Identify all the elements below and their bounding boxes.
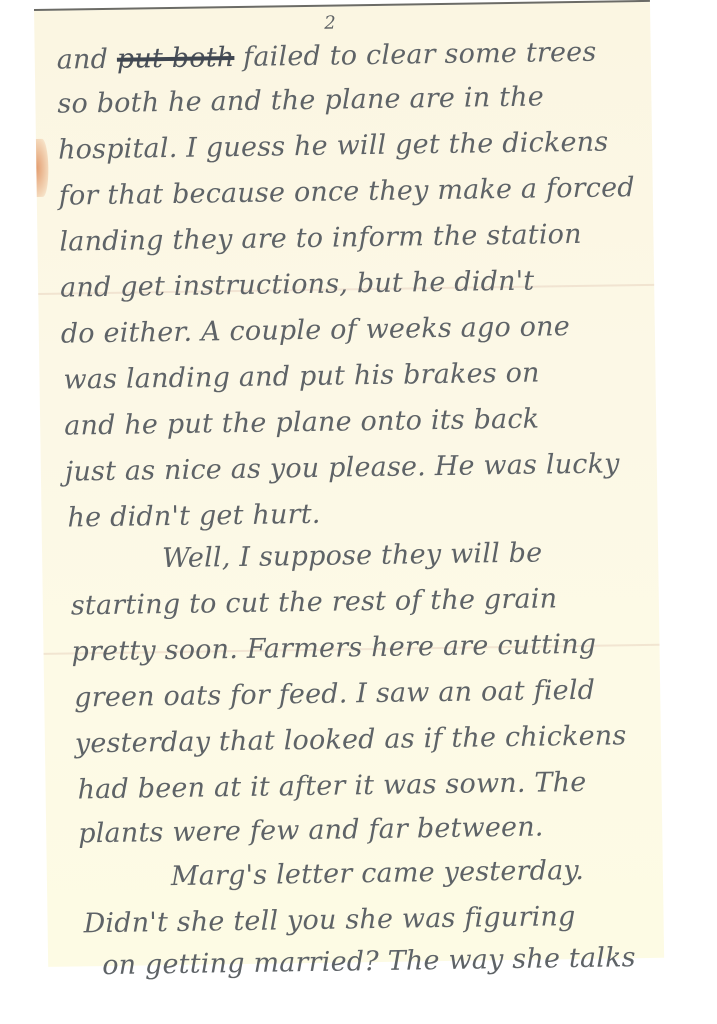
- letter-body: and put both failed to clear some trees …: [35, 36, 651, 45]
- letter-line: so both he and the plane are in the: [57, 81, 544, 120]
- rust-stain: [36, 139, 49, 197]
- letter-line-paragraph-start: Well, I suppose they will be: [162, 538, 543, 576]
- letter-line: and put both failed to clear some trees: [57, 37, 597, 77]
- struck-out-text: put both: [117, 42, 235, 75]
- letter-line: he didn't get hurt.: [67, 499, 320, 535]
- letter-line: do either. A couple of weeks ago one: [61, 311, 571, 351]
- letter-line: starting to cut the rest of the grain: [71, 583, 558, 622]
- letter-line: green oats for feed. I saw an oat field: [74, 675, 595, 715]
- letter-line: plants were few and far between.: [78, 812, 544, 851]
- letter-line: hospital. I guess he will get the dicken…: [58, 126, 609, 166]
- letter-line: landing they are to inform the station: [59, 219, 582, 259]
- page-number: 2: [324, 13, 336, 34]
- letter-line: Didn't she tell you she was figuring: [83, 901, 575, 940]
- letter-line-paragraph-start: Marg's letter came yesterday.: [171, 855, 585, 893]
- letter-line: pretty soon. Farmers here are cutting: [71, 629, 596, 669]
- letter-line: and he put the plane onto its back: [64, 404, 540, 443]
- letter-line: just as nice as you please. He was lucky: [65, 448, 620, 488]
- letter-page: 2 and put both failed to clear some tree…: [34, 0, 664, 967]
- letter-line: was landing and put his brakes on: [63, 358, 540, 397]
- letter-line: for that because once they make a forced: [59, 172, 635, 213]
- letter-line: had been at it after it was sown. The: [77, 767, 586, 807]
- letter-line: yesterday that looked as if the chickens: [75, 720, 627, 760]
- letter-line: and get instructions, but he didn't: [60, 266, 535, 305]
- letter-line: on getting married? The way she talks: [102, 942, 636, 982]
